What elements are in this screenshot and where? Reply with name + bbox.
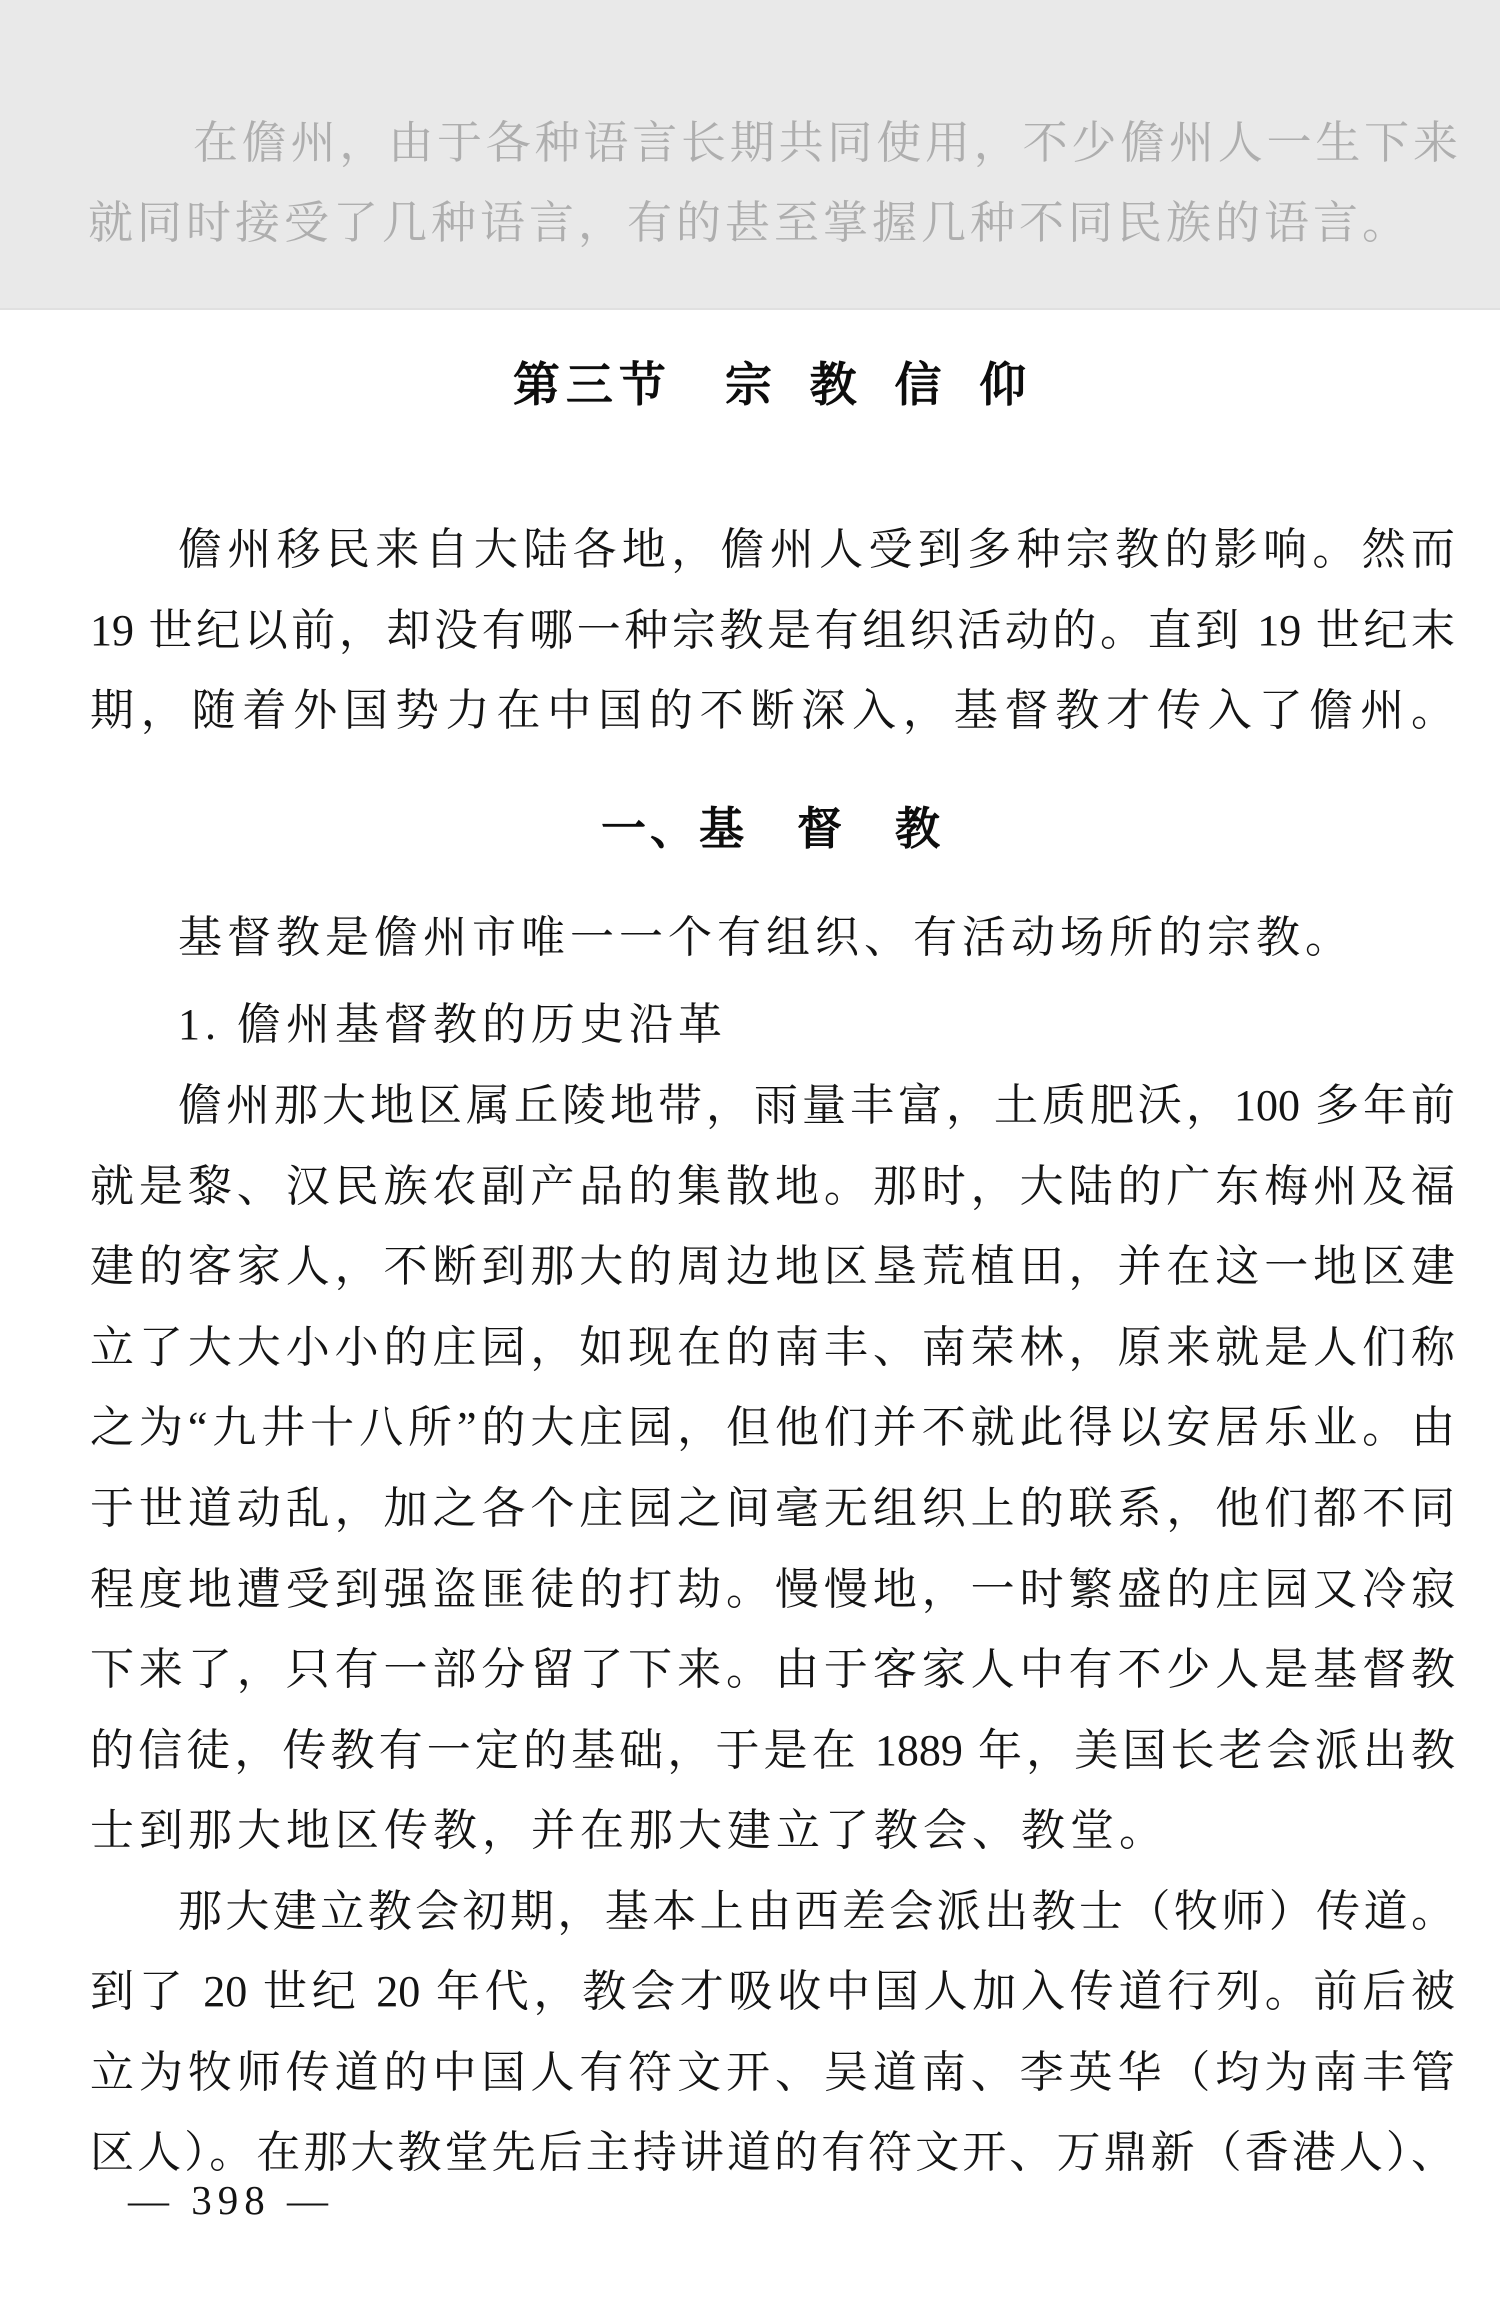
chapter-title: 第三节 宗 教 信 仰 [90, 348, 1455, 415]
text-line: 程度地遭受到强盗匪徒的打劫。慢慢地，一时繁盛的庄园又冷寂 [90, 1560, 1455, 1620]
text-line: 儋州那大地区属丘陵地带，雨量丰富，土质肥沃，100 多年前 [90, 1076, 1455, 1136]
text-line: 1. 儋州基督教的历史沿革 [90, 995, 1455, 1055]
faded-text-line: 就同时接受了几种语言，有的甚至掌握几种不同民族的语言。 [88, 192, 1411, 254]
page-number: — 398 — [128, 2172, 334, 2228]
text-line: 之为“九井十八所”的大庄园，但他们并不就此得以安居乐业。由 [90, 1398, 1455, 1458]
text-line: 就是黎、汉民族农副产品的集散地。那时，大陆的广东梅州及福 [90, 1157, 1455, 1217]
text-line: 立为牧师传道的中国人有符文开、吴道南、李英华（均为南丰管 [90, 2043, 1455, 2103]
text-line: 的信徒，传教有一定的基础，于是在 1889 年，美国长老会派出教 [90, 1721, 1455, 1781]
text-line: 19 世纪以前，却没有哪一种宗教是有组织活动的。直到 19 世纪末 [90, 601, 1455, 661]
previous-page-bleed-band: 在儋州，由于各种语言长期共同使用，不少儋州人一生下来 就同时接受了几种语言，有的… [0, 0, 1500, 310]
section-heading: 一、基 督 教 [90, 792, 1455, 857]
text-line: 下来了，只有一部分留了下来。由于客家人中有不少人是基督教 [90, 1640, 1455, 1700]
text-line: 立了大大小小的庄园，如现在的南丰、南荣林，原来就是人们称 [90, 1318, 1455, 1378]
text-line: 于世道动乱，加之各个庄园之间毫无组织上的联系，他们都不同 [90, 1479, 1455, 1539]
text-line: 到了 20 世纪 20 年代，教会才吸收中国人加入传道行列。前后被 [90, 1962, 1455, 2022]
text-line: 儋州移民来自大陆各地，儋州人受到多种宗教的影响。然而 [90, 520, 1455, 580]
faded-text-line: 在儋州，由于各种语言长期共同使用，不少儋州人一生下来 [193, 112, 1458, 174]
text-line: 基督教是儋州市唯一一个有组织、有活动场所的宗教。 [90, 908, 1455, 968]
text-line: 士到那大地区传教，并在那大建立了教会、教堂。 [90, 1801, 1455, 1861]
text-line: 那大建立教会初期，基本上由西差会派出教士（牧师）传道。 [90, 1882, 1455, 1942]
text-line: 建的客家人，不断到那大的周边地区垦荒植田，并在这一地区建 [90, 1237, 1455, 1297]
scanned-book-page: 在儋州，由于各种语言长期共同使用，不少儋州人一生下来 就同时接受了几种语言，有的… [0, 0, 1500, 2304]
text-line: 期，随着外国势力在中国的不断深入，基督教才传入了儋州。 [90, 681, 1455, 741]
